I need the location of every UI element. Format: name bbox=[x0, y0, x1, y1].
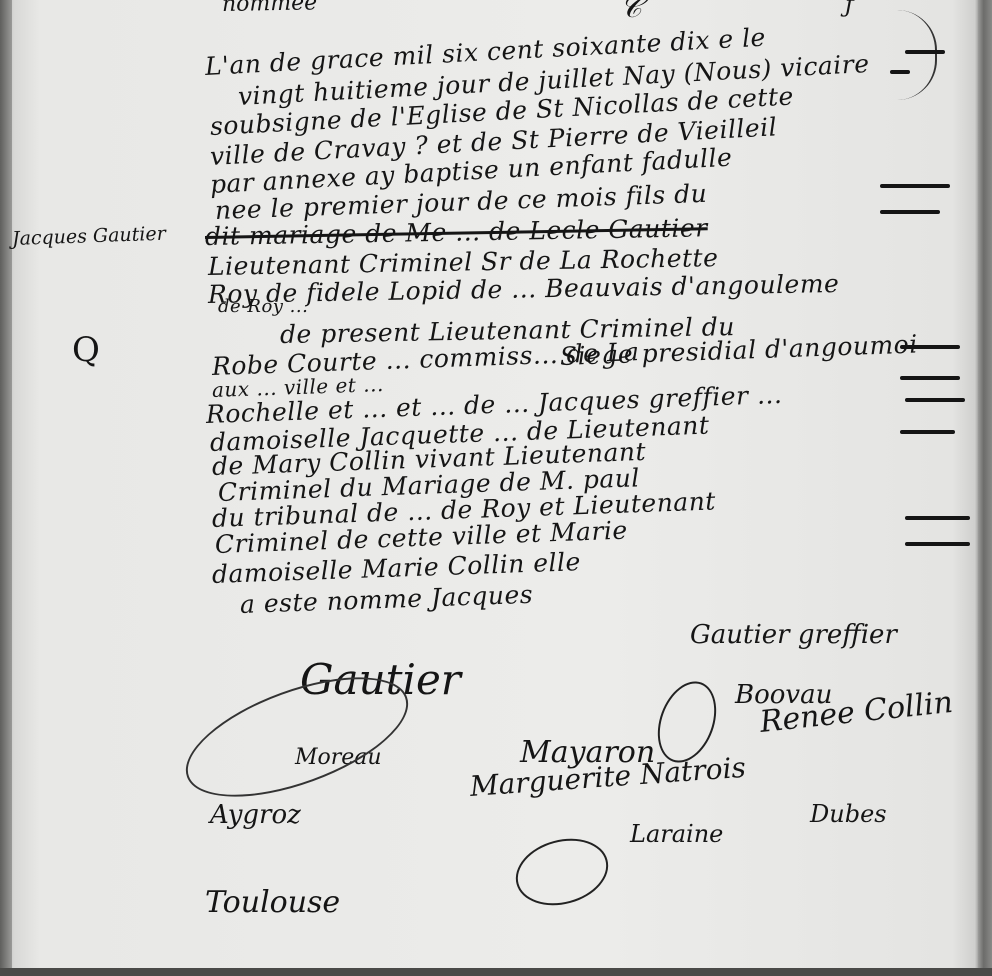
margin-mark: Q bbox=[72, 330, 100, 370]
signature-flourish bbox=[508, 829, 615, 915]
entry-line: Robe Courte ... commiss... de La bbox=[211, 337, 639, 381]
signature-dubes: Dubes bbox=[810, 800, 887, 828]
line-filler-dash bbox=[905, 50, 945, 54]
page-bottom-edge bbox=[0, 968, 992, 976]
line-filler-dash bbox=[880, 184, 950, 188]
line-filler-dash bbox=[900, 376, 960, 380]
register-page: nommee 𝒞 ƒ Jacques Gautier Q L'an de gra… bbox=[0, 0, 992, 976]
line-filler-dash bbox=[890, 70, 910, 74]
page-binding-edge bbox=[0, 0, 12, 976]
line-filler-dash bbox=[905, 516, 970, 520]
margin-name: Jacques Gautier bbox=[12, 223, 166, 250]
previous-entry-flourish-2: ƒ bbox=[845, 0, 854, 18]
line-filler-dash bbox=[880, 210, 940, 214]
line-filler-dash bbox=[905, 542, 970, 546]
signature-laraine: Laraine bbox=[630, 820, 723, 848]
previous-entry-flourish: 𝒞 bbox=[620, 0, 642, 25]
entry-line: de Roy ... bbox=[218, 296, 308, 317]
line-filler-dash bbox=[900, 345, 960, 349]
line-filler-dash bbox=[905, 398, 965, 402]
signature-greffier: Gautier greffier bbox=[690, 620, 897, 650]
signature-aygroz: Aygroz bbox=[210, 800, 301, 830]
signature-toulouse: Toulouse bbox=[205, 885, 340, 920]
previous-entry-tail: nommee bbox=[222, 0, 318, 17]
page-right-edge bbox=[978, 0, 992, 976]
line-filler-dash bbox=[900, 430, 955, 434]
previous-entry-bracket bbox=[895, 10, 937, 100]
